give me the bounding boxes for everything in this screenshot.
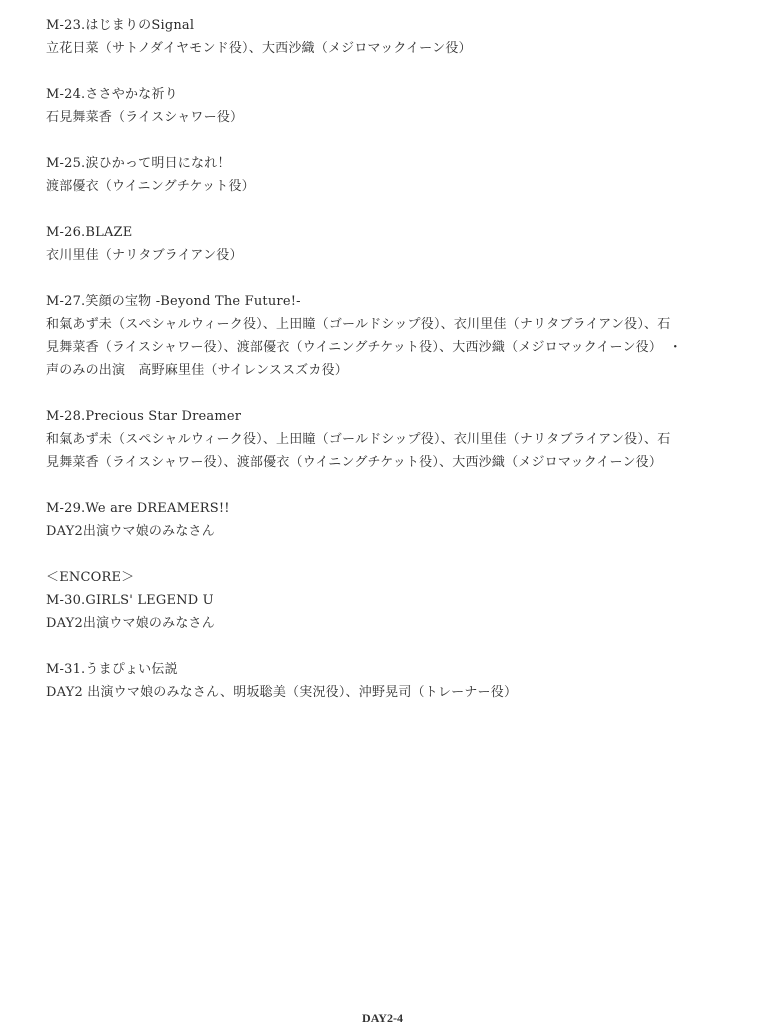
song-cast: DAY2出演ウマ娘のみなさん bbox=[46, 612, 726, 635]
song-title: M-24.ささやかな祈り bbox=[46, 83, 726, 106]
song-cast: 渡部優衣（ウイニングチケット役） bbox=[46, 175, 726, 198]
song-cast: DAY2 出演ウマ娘のみなさん、明坂聡美（実況役）、沖野晃司（トレーナー役） bbox=[46, 681, 726, 704]
song-cast: 立花日菜（サトノダイヤモンド役）、大西沙織（メジロマックイーン役） bbox=[46, 37, 726, 60]
song-title: M-30.GIRLS' LEGEND U bbox=[46, 589, 726, 612]
song-title: M-28.Precious Star Dreamer bbox=[46, 405, 726, 428]
song-cast: 声のみの出演 高野麻里佳（サイレンススズカ役） bbox=[46, 359, 726, 382]
song-m23: M-23.はじまりのSignal 立花日菜（サトノダイヤモンド役）、大西沙織（メ… bbox=[46, 14, 726, 60]
song-title: M-25.涙ひかって明日になれ！ bbox=[46, 152, 726, 175]
song-title: M-31.うまぴょい伝説 bbox=[46, 658, 726, 681]
song-m28: M-28.Precious Star Dreamer 和氣あず未（スペシャルウィ… bbox=[46, 405, 726, 474]
encore-section: ＜ENCORE＞ M-30.GIRLS' LEGEND U DAY2出演ウマ娘の… bbox=[46, 566, 726, 635]
song-title: M-27.笑顔の宝物 -Beyond The Future!- bbox=[46, 290, 726, 313]
song-m27: M-27.笑顔の宝物 -Beyond The Future!- 和氣あず未（スペ… bbox=[46, 290, 726, 382]
song-cast: 石見舞菜香（ライスシャワー役） bbox=[46, 106, 726, 129]
song-cast: 和氣あず未（スペシャルウィーク役）、上田瞳（ゴールドシップ役）、衣川里佳（ナリタ… bbox=[46, 428, 726, 451]
song-cast: 見舞菜香（ライスシャワー役）、渡部優衣（ウイニングチケット役）、大西沙織（メジロ… bbox=[46, 451, 726, 474]
song-m25: M-25.涙ひかって明日になれ！ 渡部優衣（ウイニングチケット役） bbox=[46, 152, 726, 198]
song-m31: M-31.うまぴょい伝説 DAY2 出演ウマ娘のみなさん、明坂聡美（実況役）、沖… bbox=[46, 658, 726, 704]
song-cast: 衣川里佳（ナリタブライアン役） bbox=[46, 244, 726, 267]
song-cast: 見舞菜香（ライスシャワー役）、渡部優衣（ウイニングチケット役）、大西沙織（メジロ… bbox=[46, 336, 726, 359]
song-m26: M-26.BLAZE 衣川里佳（ナリタブライアン役） bbox=[46, 221, 726, 267]
song-cast: 和氣あず未（スペシャルウィーク役）、上田瞳（ゴールドシップ役）、衣川里佳（ナリタ… bbox=[46, 313, 726, 336]
song-m24: M-24.ささやかな祈り 石見舞菜香（ライスシャワー役） bbox=[46, 83, 726, 129]
encore-heading: ＜ENCORE＞ bbox=[46, 566, 726, 589]
setlist-page: M-23.はじまりのSignal 立花日菜（サトノダイヤモンド役）、大西沙織（メ… bbox=[46, 14, 726, 727]
page-number: DAY2-4 bbox=[0, 1011, 765, 1026]
song-cast: DAY2出演ウマ娘のみなさん bbox=[46, 520, 726, 543]
song-title: M-26.BLAZE bbox=[46, 221, 726, 244]
song-title: M-23.はじまりのSignal bbox=[46, 14, 726, 37]
song-m29: M-29.We are DREAMERS!! DAY2出演ウマ娘のみなさん bbox=[46, 497, 726, 543]
song-title: M-29.We are DREAMERS!! bbox=[46, 497, 726, 520]
